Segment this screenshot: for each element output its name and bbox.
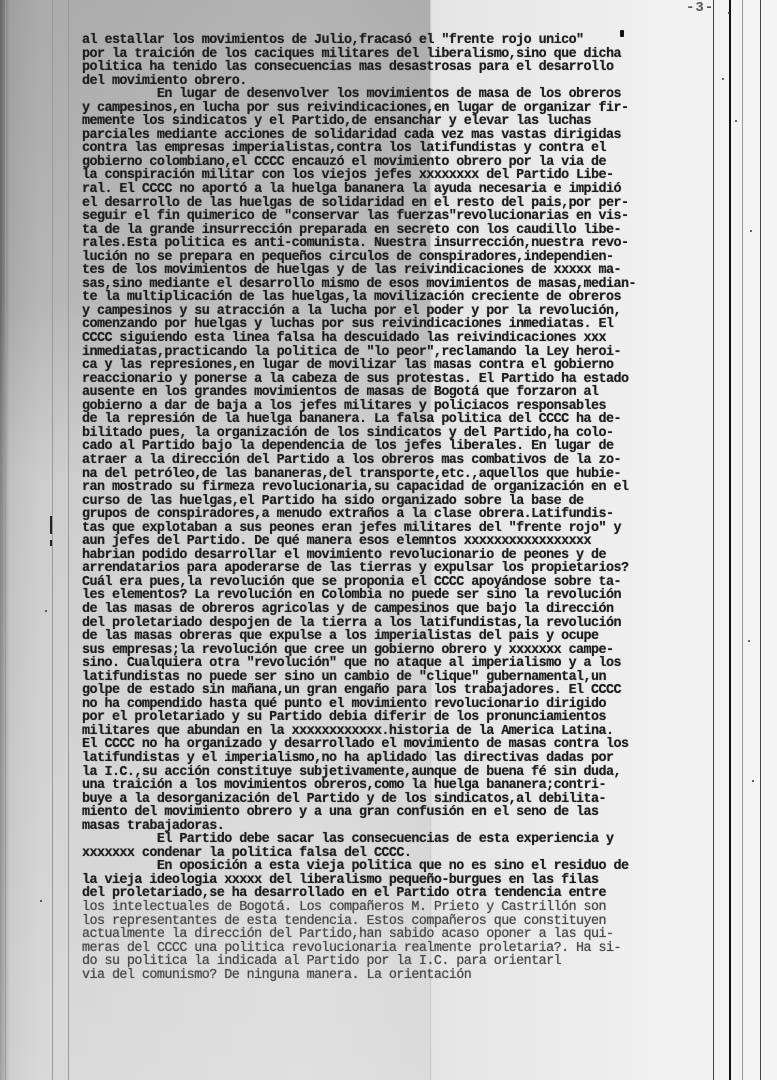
text-line: gobierno a dar de baja a los jefes milit… [82,400,722,414]
text-line: te la multiplicación de las huelgas,la m… [82,291,722,305]
page-number: -3- [686,0,714,16]
text-line: masas trabajadoras. [82,820,722,834]
scan-line [68,0,69,1080]
text-line: miento del movimiento obrero y a una gra… [82,806,722,820]
text-line: grupos de conspiradores,a menudo extraño… [82,508,722,522]
text-line: seguir el fin quimerico de "conservar la… [82,210,722,224]
text-line: latifundistas y el imperialismo,no ha ap… [82,752,722,766]
text-line: del proletariado,se ha desarrollado en e… [82,887,722,901]
text-line: militares que abundan en la xxxxxxxxxxxx… [82,725,722,739]
scan-line [742,0,743,1080]
text-line: ta de la grande insurrección preparada e… [82,224,722,238]
text-line: ran mostrado su firmeza revolucionaria,s… [82,481,722,495]
text-line: y campesinos,en lucha por sus reivindica… [82,102,722,116]
text-line: los representantes de esta tendencia. Es… [82,915,722,929]
text-line: CCCC siguiendo esta linea falsa ha descu… [82,332,722,346]
text-line: la I.C.,su acción constituye subjetivame… [82,766,722,780]
text-line: latifundistas no puede ser sino un cambi… [82,671,722,685]
text-line: na del petróleo,de las bananeras,del tra… [82,468,722,482]
text-line: via del comunismo? De ninguna manera. La… [82,969,722,983]
scan-line [52,0,53,1080]
text-line: ausente en los grandes movimientos de ma… [82,386,722,400]
text-line: cado al Partido bajo la dependencia de l… [82,440,722,454]
text-line: arrendatarios para apoderarse de las tie… [82,562,722,576]
text-line: memente los sindicatos y el Partido,de e… [82,115,722,129]
text-line: la conspiración militar con los viejos j… [82,169,722,183]
text-line: meras del CCCC una politica revolucionar… [82,942,722,956]
text-line: rales.Esta politica es anti-comunista. N… [82,237,722,251]
text-line: comenzando por huelgas y luchas por sus … [82,318,722,332]
text-line: actualmente la dirección del Partido,han… [82,928,722,942]
text-line: ral. El CCCC no aportó a la huelga banan… [82,183,722,197]
text-line: sino. Cualquiera otra "revolución" que n… [82,657,722,671]
text-line: los intelectuales de Bogotá. Los compañe… [82,901,722,915]
text-line: el desarrollo de las huelgas de solidari… [82,197,722,211]
text-line: al estallar los movimientos de Julio,fra… [82,34,722,48]
text-line: tes de los movimientos de huelgas y de l… [82,264,722,278]
text-line: habrian podido desarrollar el movimiento… [82,549,722,563]
text-line: El CCCC no ha organizado y desarrollado … [82,738,722,752]
text-line: del movimiento obrero. [82,75,722,89]
text-line: curso de las huelgas,el Partido ha sido … [82,495,722,509]
scan-line [760,0,761,1080]
text-line: de las masas obreras que expulse a los i… [82,630,722,644]
typewritten-body: al estallar los movimientos de Julio,fra… [82,34,722,982]
margin-mark [50,516,52,534]
text-line: El Partido debe sacar las consecuencias … [82,833,722,847]
text-line: tas que explotaban a sus peones eran jef… [82,522,722,536]
text-line: de las masas de obreros agricolas y de c… [82,603,722,617]
text-line: contra las empresas imperialistas,contra… [82,142,722,156]
text-line: Cuál era pues,la revolución que se propo… [82,576,722,590]
text-line: do su politica la indicada al Partido po… [82,955,722,969]
text-line: ca y las represiones,en lugar de moviliz… [82,359,722,373]
text-line: bilitado pues, la organización de los si… [82,427,722,441]
text-line: buye a la desorganización del Partido y … [82,793,722,807]
text-line: sus empresas;la revolución que cree un g… [82,644,722,658]
text-line: En oposición a esta vieja politica que n… [82,860,722,874]
text-line: xxxxxxx condenar la politica falsa del C… [82,847,722,861]
text-line: inmediatas,practicando la politica de "l… [82,346,722,360]
text-line: la vieja ideologia xxxxx del liberalismo… [82,874,722,888]
text-line: lución no se prepara en pequeños circulo… [82,251,722,265]
text-line: les elementos? La revolución en Colombia… [82,589,722,603]
text-line: por la traición de los caciques militare… [82,48,722,62]
text-line: golpe de estado sin mañana,un gran engañ… [82,684,722,698]
text-line: de la represión de la huelga bananera. L… [82,413,722,427]
text-line: En lugar de desenvolver los movimientos … [82,88,722,102]
text-line: atraer a la dirección del Partido a los … [82,454,722,468]
text-line: sas,sino mediante el desarrollo mismo de… [82,278,722,292]
scan-edge-line [5,0,6,1080]
text-line: politica ha tenido las consecuencias mas… [82,61,722,75]
text-line: una traición a los movimientos obreros,c… [82,779,722,793]
text-line: y campesinos y su atracción a la lucha p… [82,305,722,319]
text-line: reaccionario y ponerse a la cabeza de su… [82,373,722,387]
page-edge-line [729,0,731,1080]
text-line: parciales mediante acciones de solidarid… [82,129,722,143]
text-line: por el proletariado y su Partido debia d… [82,711,722,725]
text-line: no ha compendido hasta qué punto el movi… [82,698,722,712]
text-line: gobierno colombiano,el CCCC encauzó el m… [82,156,722,170]
text-line: aun jefes del Partido. De qué manera eso… [82,535,722,549]
text-line: del proletariado despojen de la tierra a… [82,617,722,631]
scanned-page: -3- al estallar los movimientos de Julio… [0,0,777,1080]
margin-mark [50,540,52,546]
